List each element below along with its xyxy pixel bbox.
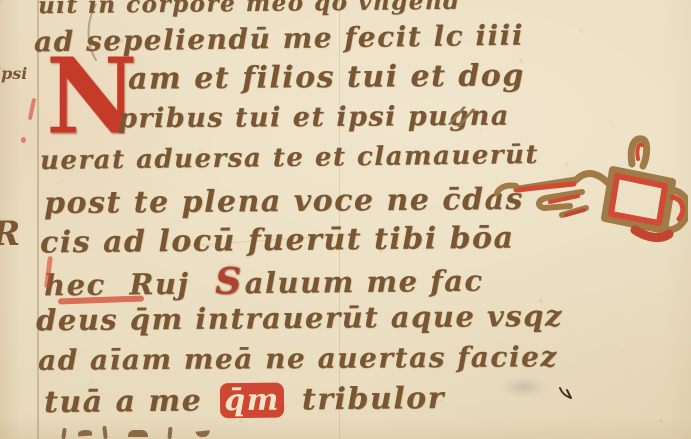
margin-response-mark: R bbox=[0, 214, 20, 254]
partial-line-stroke bbox=[61, 428, 66, 439]
red-margin-dot bbox=[21, 137, 26, 143]
ink-speck bbox=[557, 386, 575, 402]
text-line: ad aīam meā ne auertas faciez bbox=[38, 340, 558, 377]
partial-line-stroke bbox=[167, 427, 172, 439]
text-line: uit in corpore meo q̄o vngend bbox=[38, 0, 461, 19]
line-after: tribulor bbox=[302, 381, 445, 417]
highlight-text-line: tuā a me q̄m tribulor bbox=[44, 381, 445, 420]
partial-line-stroke bbox=[102, 426, 107, 439]
text-line: am et filios tui et dog bbox=[128, 58, 525, 96]
line-before: tuā a me bbox=[44, 383, 203, 420]
partial-line-stroke bbox=[128, 430, 148, 437]
gray-smudge bbox=[500, 376, 548, 398]
partial-line-stroke bbox=[196, 430, 211, 437]
partial-line-stroke bbox=[78, 430, 92, 437]
decorated-initial-S: S bbox=[215, 260, 243, 302]
manuscript-page: uit in corpore meo q̄o vngend ad sepelie… bbox=[0, 0, 691, 439]
rubric-rest: aluum me fac bbox=[244, 264, 483, 301]
margin-gloss: ipsi bbox=[0, 64, 27, 83]
text-line: deus q̄m intrauerūt aque vsqz bbox=[36, 299, 563, 338]
text-line: uerat aduersa te et clamauerūt bbox=[40, 140, 539, 176]
text-line: cis ad locū fuerūt tibi bōa bbox=[40, 221, 515, 261]
red-margin-squiggle bbox=[28, 98, 36, 120]
text-line: post te plena voce ne c̄das bbox=[44, 182, 524, 221]
manicule-icon bbox=[486, 130, 688, 242]
parchment-speckles bbox=[0, 0, 2, 2]
red-highlighted-word: q̄m bbox=[220, 383, 284, 419]
